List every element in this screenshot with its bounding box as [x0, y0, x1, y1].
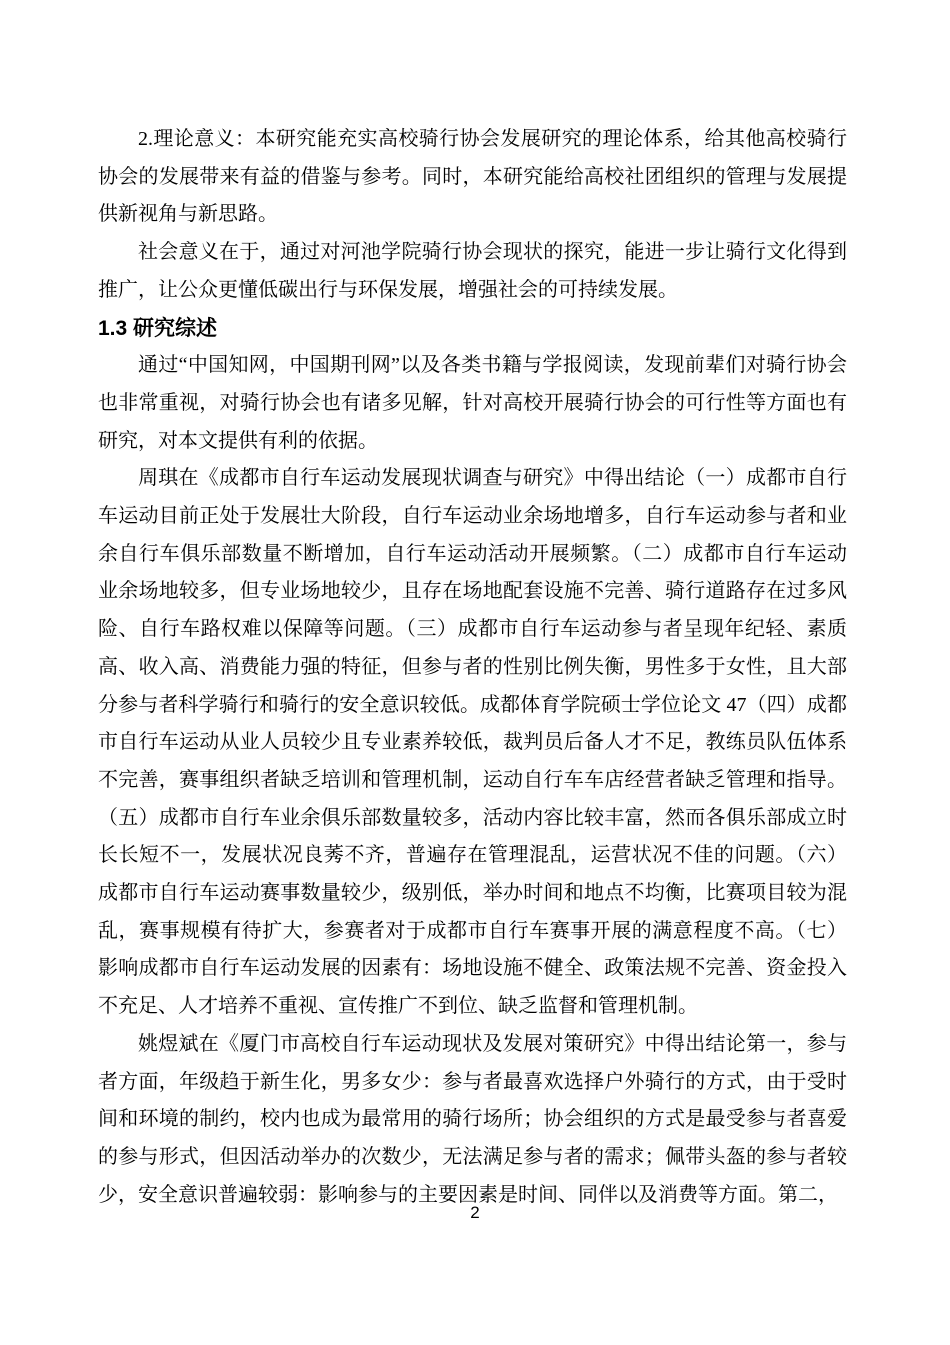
paragraph-yaoyubin-xiamen-study: 姚煜斌在《厦门市高校自行车运动现状及发展对策研究》中得出结论第一，参与者方面，年… — [98, 1026, 847, 1215]
page-number: 2 — [470, 1203, 479, 1222]
document-content: 2.理论意义：本研究能充实高校骑行协会发展研究的理论体系，给其他高校骑行协会的发… — [98, 121, 847, 1214]
page-footer: 2 — [0, 1203, 950, 1223]
paragraph-theoretical-significance: 2.理论意义：本研究能充实高校骑行协会发展研究的理论体系，给其他高校骑行协会的发… — [98, 121, 847, 234]
document-page: 2.理论意义：本研究能充实高校骑行协会发展研究的理论体系，给其他高校骑行协会的发… — [0, 0, 950, 1345]
paragraph-social-significance: 社会意义在于，通过对河池学院骑行协会现状的探究，能进一步让骑行文化得到推广，让公… — [98, 234, 847, 309]
section-heading-1-3-research-review: 1.3 研究综述 — [98, 310, 847, 348]
paragraph-zhouqi-chengdu-study: 周琪在《成都市自行车运动发展现状调查与研究》中得出结论（一）成都市自行车运动目前… — [98, 460, 847, 1026]
paragraph-literature-review-intro: 通过“中国知网，中国期刊网”以及各类书籍与学报阅读，发现前辈们对骑行协会也非常重… — [98, 347, 847, 460]
